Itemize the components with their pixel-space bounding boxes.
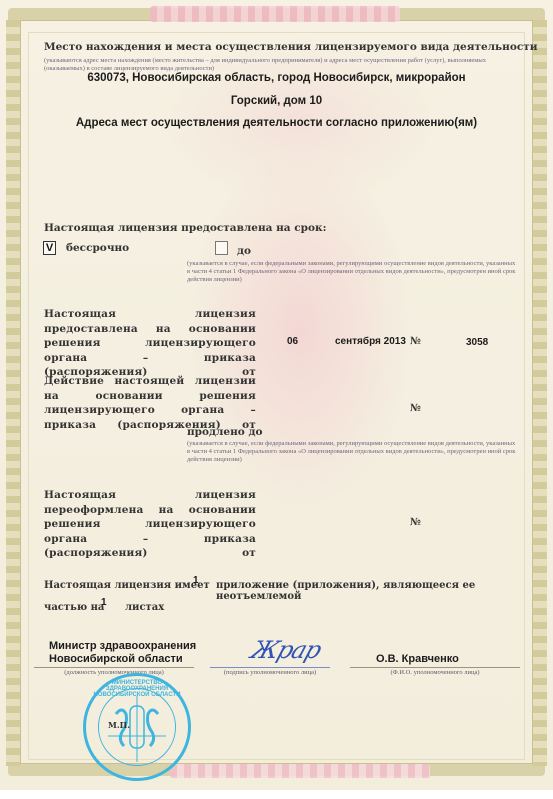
- extended-label: продлено до: [187, 426, 262, 438]
- position-title: Министр здравоохранения Новосибирской об…: [49, 640, 196, 666]
- address-line-1: 630073, Новосибирская область, город Нов…: [0, 72, 553, 84]
- until-label: до: [237, 245, 251, 257]
- appendix-count: 1: [193, 575, 199, 586]
- check-mark: V: [46, 242, 53, 254]
- granted-month-year: сентября 2013: [335, 336, 406, 347]
- granted-text: Настоящая лицензия предоставлена на осно…: [44, 307, 256, 380]
- position-line-2: Новосибирской области: [49, 653, 196, 666]
- extended-text: Действие настоящей лицензии на основании…: [44, 374, 256, 432]
- stamp-mp-label: М.П.: [108, 720, 130, 730]
- name-underline: [350, 667, 520, 668]
- appendix-suffix: листах: [125, 602, 164, 613]
- granted-day: 06: [287, 336, 298, 347]
- signature-underline: [210, 667, 330, 668]
- name-caption: (Ф.И.О. уполномоченного лица): [350, 669, 520, 676]
- until-checkbox[interactable]: [215, 241, 228, 255]
- granted-number-sign: №: [410, 336, 421, 347]
- address-line-3: Адреса мест осуществления деятельности с…: [0, 117, 553, 129]
- border-top-ornament: [150, 6, 400, 22]
- location-heading: Место нахождения и места осуществления л…: [44, 41, 538, 53]
- granted-number: 3058: [466, 337, 488, 348]
- border-right-ornament: [533, 20, 547, 766]
- signature-caption: (подпись уполномоченного лица): [210, 669, 330, 676]
- indefinite-label: бессрочно: [66, 242, 129, 254]
- location-note: (указываются адрес места нахождения (мес…: [44, 57, 519, 73]
- reissued-number-sign: №: [410, 517, 421, 528]
- position-underline: [34, 667, 194, 668]
- term-note: (указывается в случае, если федеральными…: [187, 260, 517, 284]
- border-bottom-ornament: [170, 764, 430, 778]
- indefinite-checkbox[interactable]: V: [43, 241, 56, 255]
- appendix-prefix: Настоящая лицензия имеет: [44, 580, 210, 591]
- appendix-sheets: 1: [101, 597, 107, 608]
- signatory-name: О.В. Кравченко: [376, 653, 459, 665]
- border-left-ornament: [6, 20, 20, 766]
- appendix-middle: приложение (приложения), являющееся ее н…: [216, 580, 553, 602]
- signature-mark: Жрар: [247, 636, 324, 664]
- term-heading: Настоящая лицензия предоставлена на срок…: [44, 222, 326, 234]
- address-line-2: Горский, дом 10: [0, 95, 553, 107]
- appendix-part-prefix: частью на: [44, 602, 104, 613]
- license-sheet: Место нахождения и места осуществления л…: [0, 0, 553, 790]
- extended-note: (указывается в случае, если федеральными…: [187, 440, 517, 464]
- position-line-1: Министр здравоохранения: [49, 640, 196, 653]
- reissued-text: Настоящая лицензия переоформлена на осно…: [44, 488, 256, 561]
- stamp-text: МИНИСТЕРСТВО ЗДРАВООХРАНЕНИЯ НОВОСИБИРСК…: [86, 680, 188, 698]
- official-stamp: МИНИСТЕРСТВО ЗДРАВООХРАНЕНИЯ НОВОСИБИРСК…: [83, 673, 191, 781]
- position-caption: (должность уполномоченного лица): [34, 669, 194, 676]
- extended-number-sign: №: [410, 403, 421, 414]
